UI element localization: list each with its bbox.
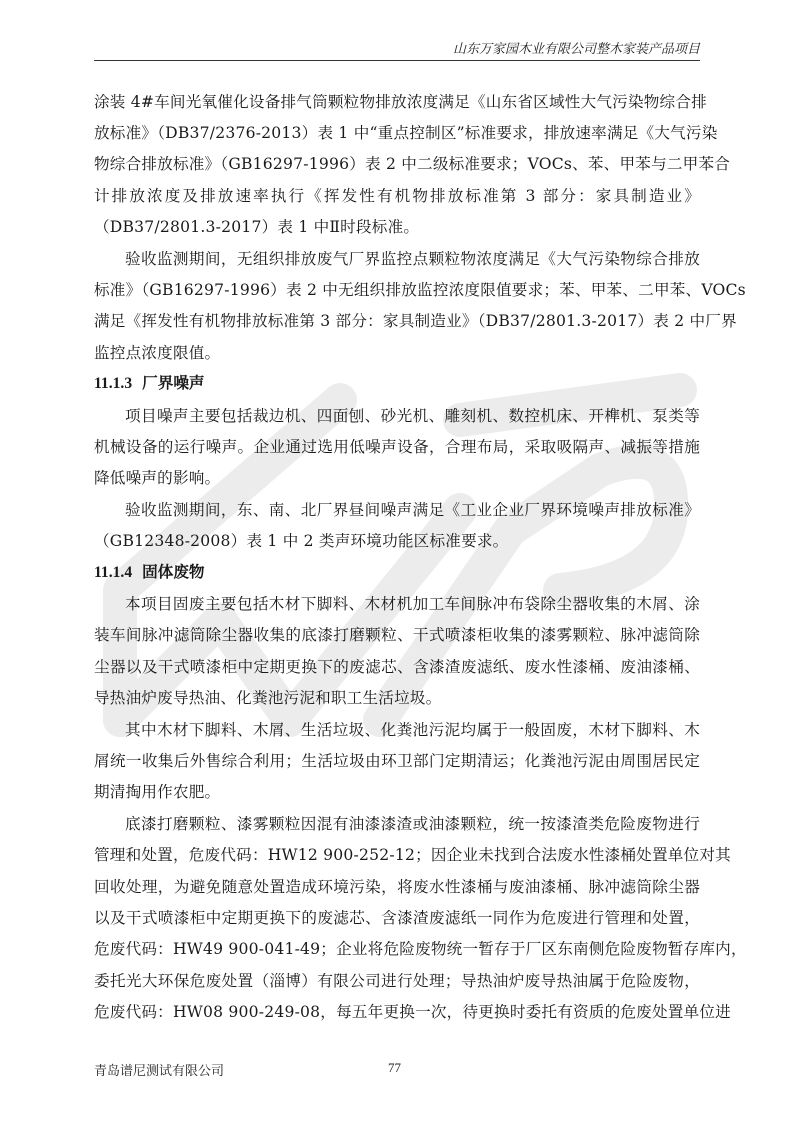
body-line: 期清掏用作农肥。 [94,782,700,802]
body-line: 项目噪声主要包括裁边机、四面刨、砂光机、雕刻机、数控机床、开榫机、泵类等 [94,406,700,426]
section-number: 11.1.3 [94,375,132,392]
body-line: 满足《挥发性有机物排放标准第 3 部分：家具制造业》（DB37/2801.3-2… [94,311,700,331]
body-line: 物综合排放标准》（GB16297-1996）表 2 中二级标准要求；VOCs、苯… [94,154,700,174]
body-line: 危废代码：HW49 900-041-49；企业将危险废物统一暂存于厂区东南侧危险… [94,939,700,959]
body-line: 委托光大环保危废处置（淄博）有限公司进行处理；导热油炉废导热油属于危险废物， [94,971,700,991]
body-line: 尘器以及干式喷漆柜中定期更换下的废滤芯、含漆渣废滤纸、废水性漆桶、废油漆桶、 [94,657,700,677]
body-line: 装车间脉冲滤筒除尘器收集的底漆打磨颗粒、干式喷漆柜收集的漆雾颗粒、脉冲滤筒除 [94,625,700,645]
section-heading-noise: 11.1.3厂界噪声 [94,374,205,394]
body-line: 管理和处置，危废代码：HW12 900-252-12；因企业未找到合法废水性漆桶… [94,845,700,865]
section-heading-solid-waste: 11.1.4固体废物 [94,563,205,583]
document-page: 山东万家园木业有限公司整木家装产品项目 涂装 4#车间光氧催化设备排气筒颗粒物排… [0,0,793,1122]
body-line: （DB37/2801.3-2017）表 1 中Ⅱ时段标准。 [94,217,700,237]
body-line: 降低噪声的影响。 [94,468,700,488]
section-number: 11.1.4 [94,564,132,581]
body-line: （GB12348-2008）表 1 中 2 类声环境功能区标准要求。 [94,531,700,551]
body-line: 放标准》（DB37/2376-2013）表 1 中“重点控制区”标准要求，排放速… [94,123,700,143]
section-title: 固体废物 [142,564,204,581]
body-line: 危废代码：HW08 900-249-08，每五年更换一次，待更换时委托有资质的危… [94,1002,700,1022]
body-line: 验收监测期间，无组织排放废气厂界监控点颗粒物浓度满足《大气污染物综合排放 [94,249,700,269]
header-divider [94,60,700,61]
body-line: 标准》（GB16297-1996）表 2 中无组织排放监控浓度限值要求；苯、甲苯… [94,280,700,300]
body-line: 屑统一收集后外售综合利用；生活垃圾由环卫部门定期清运；化粪池污泥由周围居民定 [94,751,700,771]
body-line: 回收处理，为避免随意处置造成环境污染，将废水性漆桶与废油漆桶、脉冲滤筒除尘器 [94,877,700,897]
running-header: 山东万家园木业有限公司整木家装产品项目 [380,38,700,57]
body-line: 机械设备的运行噪声。企业通过选用低噪声设备，合理布局，采取吸隔声、减振等措施 [94,437,700,457]
body-line: 本项目固废主要包括木材下脚料、木材机加工车间脉冲布袋除尘器收集的木屑、涂 [94,594,700,614]
body-line: 监控点浓度限值。 [94,343,700,363]
body-line: 底漆打磨颗粒、漆雾颗粒因混有油漆漆渣或油漆颗粒，统一按漆渣类危险废物进行 [94,814,700,834]
section-title: 厂界噪声 [142,375,204,392]
body-line: 导热油炉废导热油、化粪池污泥和职工生活垃圾。 [94,688,700,708]
body-line: 计排放浓度及排放速率执行《挥发性有机物排放标准第 3 部分：家具制造业》 [94,186,700,206]
body-line: 验收监测期间，东、南、北厂界昼间噪声满足《工业企业厂界环境噪声排放标准》 [94,500,700,520]
page-number: 77 [388,1060,401,1076]
body-line: 其中木材下脚料、木屑、生活垃圾、化粪池污泥均属于一般固废，木材下脚料、木 [94,720,700,740]
footer-company: 青岛谱尼测试有限公司 [94,1060,224,1079]
body-line: 涂装 4#车间光氧催化设备排气筒颗粒物排放浓度满足《山东省区域性大气污染物综合排 [94,92,700,112]
body-line: 以及干式喷漆柜中定期更换下的废滤芯、含漆渣废滤纸一同作为危废进行管理和处置， [94,908,700,928]
